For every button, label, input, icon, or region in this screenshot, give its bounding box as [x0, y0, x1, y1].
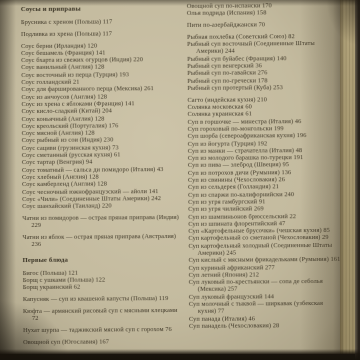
- sauces-entry-list: Брусника с хреном (Польша) 117Подливка и…: [21, 18, 182, 249]
- top-right-corner-shadow: [326, 0, 360, 46]
- entry-group: Чатни из яблок — острая пряная приправа …: [22, 233, 181, 249]
- index-entry: Борщ украинский 62: [23, 283, 182, 291]
- section-title-first-courses: Первые блюда: [23, 256, 182, 265]
- entry-group: Чатни из помидоров — острая пряная припр…: [22, 214, 181, 230]
- left-column: Соусы и приправы Брусника с хреном (Поль…: [21, 5, 182, 351]
- index-entry: Чатни из яблок — острая пряная приправа …: [22, 233, 181, 249]
- top-edge-shadow: [0, 0, 360, 6]
- entry-group: Брусника с хреном (Польша) 117: [21, 18, 180, 26]
- section-title-sauces: Соусы и приправы: [21, 5, 180, 14]
- book-photo: Соусы и приправы Брусника с хреном (Поль…: [0, 0, 360, 360]
- page-curve-shadow: [300, 0, 344, 354]
- book-edge-dark: [355, 0, 360, 360]
- index-entry: Чатни из помидоров — острая пряная припр…: [22, 214, 181, 230]
- index-entry: Подливка из хрена (Польша) 117: [21, 30, 180, 38]
- entry-group: Бигос (Польша) 121Борщ с ушками (Польша)…: [23, 269, 182, 292]
- index-entry: Соус шанхайский (Таиланд) 220: [22, 202, 181, 210]
- index-entry: Брусника с хреном (Польша) 117: [21, 18, 180, 26]
- bottom-edge-shadow: [0, 349, 360, 360]
- entry-group: Подливка из хрена (Польша) 117: [21, 30, 180, 38]
- entry-group: Соус берни (Ирландия) 120Соус бешамель (…: [21, 42, 181, 211]
